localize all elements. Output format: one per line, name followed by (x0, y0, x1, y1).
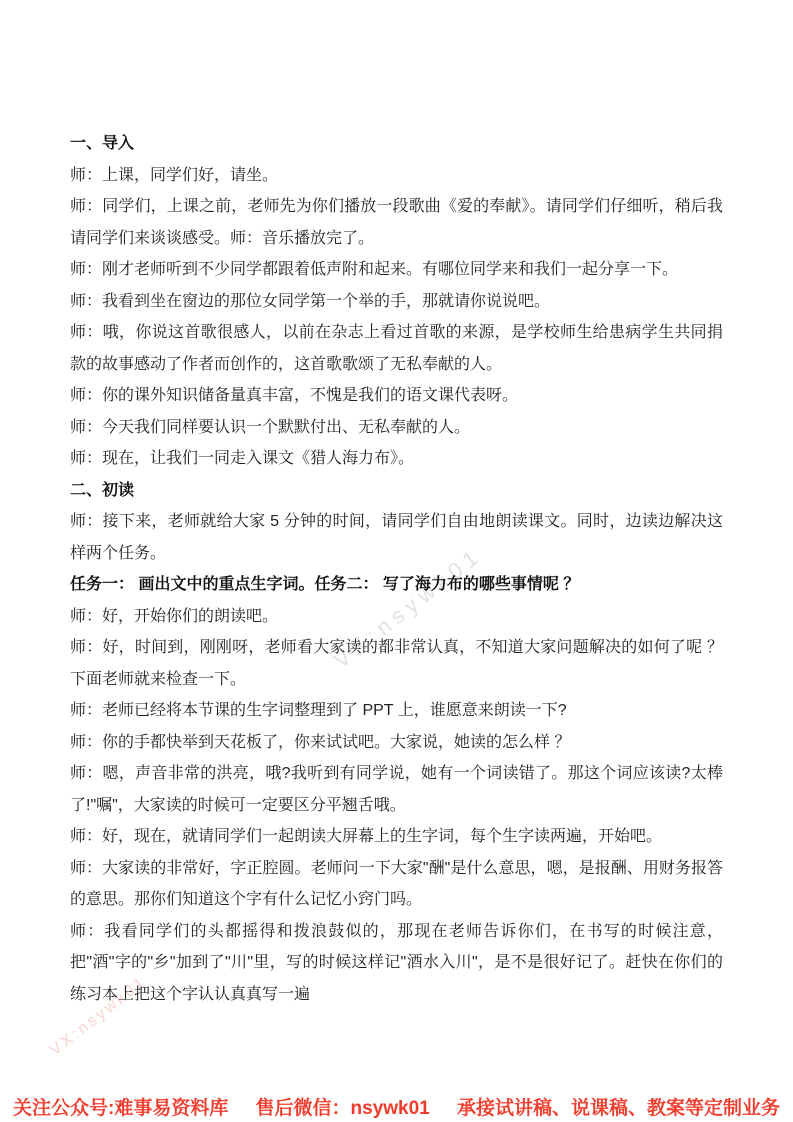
dialog-paragraph: 师：嗯，声音非常的洪亮，哦?我听到有同学说，她有一个词读错了。那这个词应该读?太… (70, 758, 723, 821)
dialog-paragraph: 师：上课，同学们好，请坐。 (70, 160, 723, 192)
document-body: 一、导入师：上课，同学们好，请坐。师：同学们，上课之前，老师先为你们播放一段歌曲… (70, 128, 723, 1010)
dialog-paragraph: 师：我看同学们的头都摇得和拨浪鼓似的，那现在老师告诉你们，在书写的时候注意，把"… (70, 916, 723, 1011)
section-heading: 二、初读 (70, 475, 723, 507)
dialog-paragraph: 师：你的手都快举到天花板了，你来试试吧。大家说，她读的怎么样 ？ (70, 727, 723, 759)
document-page: VX:nsywk01 VX:nsywk01 一、导入师：上课，同学们好，请坐。师… (0, 0, 793, 1122)
footer-banner: 关注公众号:难事易资料库 售后微信：nsywk01 承接试讲稿、说课稿、教案等定… (0, 1092, 793, 1120)
dialog-paragraph: 师：好，现在，就请同学们一起朗读大屏幕上的生字词，每个生字读两遍，开始吧。 (70, 821, 723, 853)
dialog-paragraph: 师：接下来，老师就给大家 5 分钟的时间，请同学们自由地朗读课文。同时，边读边解… (70, 506, 723, 569)
dialog-paragraph: 师：刚才老师听到不少同学都跟着低声附和起来。有哪位同学来和我们一起分享一下。 (70, 254, 723, 286)
dialog-paragraph: 师：好，时间到，刚刚呀，老师看大家读的都非常认真，不知道大家问题解决的如何了呢 … (70, 632, 723, 695)
dialog-paragraph: 师：同学们，上课之前，老师先为你们播放一段歌曲《爱的奉献》。请同学们仔细听，稍后… (70, 191, 723, 254)
section-heading: 一、导入 (70, 128, 723, 160)
footer-wechat-contact: 售后微信：nsywk01 (256, 1093, 430, 1120)
dialog-paragraph: 师：哦，你说这首歌很感人，以前在杂志上看过首歌的来源，是学校师生给患病学生共同捐… (70, 317, 723, 380)
dialog-paragraph: 师：我看到坐在窗边的那位女同学第一个举的手，那就请你说说吧。 (70, 286, 723, 318)
dialog-paragraph: 师：现在，让我们一同走入课文《猎人海力布》。 (70, 443, 723, 475)
footer-services: 承接试讲稿、说课稿、教案等定制业务 (457, 1093, 780, 1120)
dialog-paragraph: 师：大家读的非常好，字正腔圆。老师问一下大家"酬"是什么意思，嗯，是报酬、用财务… (70, 853, 723, 916)
dialog-paragraph: 师：今天我们同样要认识一个默默付出、无私奉献的人。 (70, 412, 723, 444)
dialog-paragraph: 师：你的课外知识储备量真丰富，不愧是我们的语文课代表呀。 (70, 380, 723, 412)
dialog-paragraph: 师：老师已经将本节课的生字词整理到了 PPT 上，谁愿意来朗读一下? (70, 695, 723, 727)
section-heading: 任务一： 画出文中的重点生字词。任务二： 写了海力布的哪些事情呢 ？ (70, 569, 723, 601)
dialog-paragraph: 师：好，开始你们的朗读吧。 (70, 601, 723, 633)
footer-public-account: 关注公众号:难事易资料库 (13, 1093, 228, 1120)
